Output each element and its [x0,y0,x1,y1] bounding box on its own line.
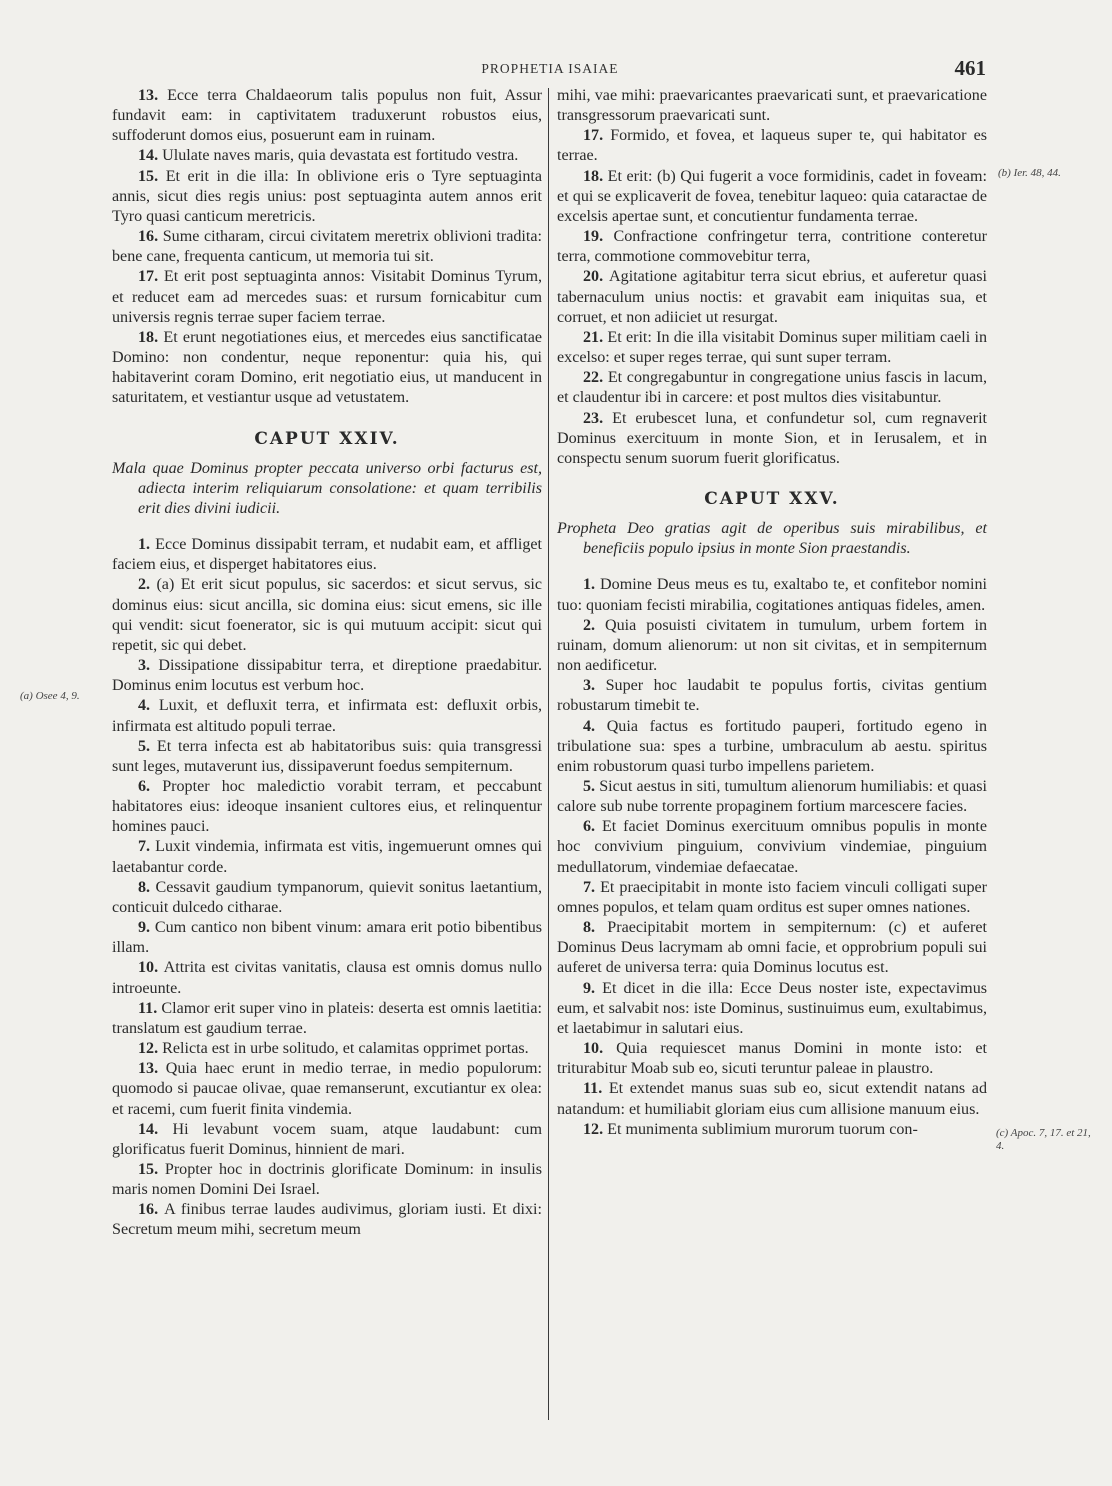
verse-text: Et erit in die illa: In oblivione eris o… [112,168,542,225]
verse-number: 17. [138,268,164,285]
verse: 18. Et erit: (b) Qui fugerit a voce form… [557,167,987,227]
verse-number: 11. [138,1000,161,1017]
verse: 13. Ecce terra Chaldaeorum talis populus… [112,86,542,146]
verse-number: 23. [583,410,612,427]
verse-number: 9. [138,919,155,936]
verse-number: 13. [138,1060,166,1077]
verse-number: 2. [583,617,605,634]
verse-text: Et dicet in die illa: Ecce Deus noster i… [557,980,987,1037]
verse: 23. Et erubescet luna, et confundetur so… [557,409,987,469]
verse: 5. Et terra infecta est ab habitatoribus… [112,737,542,777]
verse-text: Attrita est civitas vanitatis, clausa es… [112,959,542,996]
verse: 6. Propter hoc maledictio vorabit terram… [112,777,542,837]
verse-number: 13. [138,87,167,104]
verse-number: 17. [583,127,610,144]
verse-number: 19. [583,228,614,245]
verse-text: Cum cantico non bibent vinum: amara erit… [112,919,542,956]
verse-number: 10. [583,1040,616,1057]
verse: 3. Dissipatione dissipabitur terra, et d… [112,656,542,696]
running-head: PROPHETIA ISAIAE 461 [112,56,988,80]
verse-text: Dissipatione dissipabitur terra, et dire… [112,657,542,694]
verse: 10. Attrita est civitas vanitatis, claus… [112,958,542,998]
verse: 21. Et erit: In die illa visitabit Domin… [557,328,987,368]
verse-text: Clamor erit super vino in plateis: deser… [112,1000,542,1037]
right-verses-before: 17. Formido, et fovea, et laqueus super … [557,126,987,469]
verse-text: (a) Et erit sicut populus, sic sacerdos:… [112,576,542,653]
verse-text: Super hoc laudabit te populus fortis, ci… [557,677,987,714]
verse: 7. Luxit vindemia, infirmata est vitis, … [112,837,542,877]
verse-text: Luxit, et defluxit terra, et infirmata e… [112,697,542,734]
verse-number: 8. [583,919,607,936]
verse: 19. Confractione confringetur terra, con… [557,227,987,267]
verse-number: 1. [583,576,600,593]
verse-text: Et extendet manus suas sub eo, sicut ext… [557,1080,987,1117]
right-column: mihi, vae mihi: praevaricantes praevaric… [557,86,987,1140]
verse-number: 20. [583,268,609,285]
verse: 16. Sume citharam, circui civitatem mere… [112,227,542,267]
verse-text: Ecce Dominus dissipabit terram, et nudab… [112,536,542,573]
verse-number: 7. [583,879,600,896]
verse-text: Agitatione agitabitur terra sicut ebrius… [557,268,987,325]
verse-text: Quia requiescet manus Domini in monte is… [557,1040,987,1077]
left-column: 13. Ecce terra Chaldaeorum talis populus… [112,86,542,1241]
verse: 1. Domine Deus meus es tu, exaltabo te, … [557,575,987,615]
verse: 1. Ecce Dominus dissipabit terram, et nu… [112,535,542,575]
verse: 2. Quia posuisti civitatem in tumulum, u… [557,616,987,676]
verse: 12. Et munimenta sublimium murorum tuoru… [557,1120,987,1140]
verse-text: Relicta est in urbe solitudo, et calamit… [162,1040,529,1057]
verse: 16. A finibus terrae laudes audivimus, g… [112,1200,542,1240]
verse: 22. Et congregabuntur in congregatione u… [557,368,987,408]
continuation-text: mihi, vae mihi: praevaricantes praevaric… [557,86,987,126]
chapter-title-xxv: CAPUT XXV. [557,489,987,509]
verse-number: 14. [138,147,162,164]
verse: 15. Et erit in die illa: In oblivione er… [112,167,542,227]
verse: 17. Formido, et fovea, et laqueus super … [557,126,987,166]
verse: 8. Cessavit gaudium tympanorum, quievit … [112,878,542,918]
verse-text: Cessavit gaudium tympanorum, quievit son… [112,879,542,916]
verse: 11. Clamor erit super vino in plateis: d… [112,999,542,1039]
verse-number: 14. [138,1121,173,1138]
verse-text: Praecipitabit mortem in sempiternum: (c)… [557,919,987,976]
chapter-summary-xxiv: Mala quae Dominus propter peccata univer… [112,459,542,519]
verse-text: Et praecipitabit in monte isto faciem vi… [557,879,987,916]
verse: 4. Quia factus es fortitudo pauperi, for… [557,717,987,777]
verse-text: Quia factus es fortitudo pauperi, fortit… [557,718,987,775]
verse-text: Propter hoc in doctrinis glorificate Dom… [112,1161,542,1198]
verse-number: 2. [138,576,156,593]
verse-number: 18. [138,329,163,346]
verse: 17. Et erit post septuaginta annos: Visi… [112,267,542,327]
verse: 10. Quia requiescet manus Domini in mont… [557,1039,987,1079]
verse-text: Confractione confringetur terra, contrit… [557,228,987,265]
verse-text: Formido, et fovea, et laqueus super te, … [557,127,987,164]
verse-text: Et erit post septuaginta annos: Visitabi… [112,268,542,325]
chapter-summary-xxv: Propheta Deo gratias agit de operibus su… [557,519,987,559]
verse-number: 6. [138,778,162,795]
verse: 7. Et praecipitabit in monte isto faciem… [557,878,987,918]
verse-number: 5. [583,778,599,795]
verse-text: Et erit: In die illa visitabit Dominus s… [557,329,987,366]
verse-text: Et congregabuntur in congregatione unius… [557,369,987,406]
verse-number: 10. [138,959,164,976]
verse-number: 5. [138,738,157,755]
verse-text: Quia haec erunt in medio terrae, in medi… [112,1060,542,1117]
verse: 2. (a) Et erit sicut populus, sic sacerd… [112,575,542,656]
verse: 4. Luxit, et defluxit terra, et infirmat… [112,696,542,736]
verse: 14. Hi levabunt vocem suam, atque laudab… [112,1120,542,1160]
verse-number: 11. [583,1080,609,1097]
verse: 3. Super hoc laudabit te populus fortis,… [557,676,987,716]
verse-text: Quia posuisti civitatem in tumulum, urbe… [557,617,987,674]
verse-text: Et erit: (b) Qui fugerit a voce formidin… [557,168,987,225]
verse: 9. Et dicet in die illa: Ecce Deus noste… [557,979,987,1039]
verse: 8. Praecipitabit mortem in sempiternum: … [557,918,987,978]
verse: 5. Sicut aestus in siti, tumultum alieno… [557,777,987,817]
verse-text: Ecce terra Chaldaeorum talis populus non… [112,87,542,144]
verse-number: 7. [138,838,155,855]
left-verses-before: 13. Ecce terra Chaldaeorum talis populus… [112,86,542,409]
verse-number: 22. [583,369,608,386]
chapter-title-xxiv: CAPUT XXIV. [112,429,542,449]
page-number: 461 [955,56,987,81]
left-chapter-verses: 1. Ecce Dominus dissipabit terram, et nu… [112,535,542,1240]
verse-text: Sicut aestus in siti, tumultum alienorum… [557,778,987,815]
verse-number: 4. [583,718,607,735]
verse-number: 16. [138,1201,164,1218]
verse-text: Et terra infecta est ab habitatoribus su… [112,738,542,775]
verse-number: 9. [583,980,602,997]
verse-number: 1. [138,536,155,553]
verse-text: Et munimenta sublimium murorum tuorum co… [607,1121,918,1138]
verse-text: Sume citharam, circui civitatem meretrix… [112,228,542,265]
verse: 15. Propter hoc in doctrinis glorificate… [112,1160,542,1200]
verse-text: Et erubescet luna, et confundetur sol, c… [557,410,987,467]
verse: 9. Cum cantico non bibent vinum: amara e… [112,918,542,958]
right-chapter-verses: 1. Domine Deus meus es tu, exaltabo te, … [557,575,987,1139]
verse-number: 12. [138,1040,162,1057]
verse-number: 8. [138,879,156,896]
margin-note-c: (c) Apoc. 7, 17. et 21, 4. [996,1127,1096,1153]
verse-number: 18. [583,168,608,185]
verse: 18. Et erunt negotiationes eius, et merc… [112,328,542,409]
verse-number: 3. [583,677,606,694]
verse: 14. Ululate naves maris, quia devastata … [112,146,542,166]
verse-text: Propter hoc maledictio vorabit terram, e… [112,778,542,835]
column-divider [548,88,549,1420]
verse-number: 12. [583,1121,607,1138]
verse: 13. Quia haec erunt in medio terrae, in … [112,1059,542,1119]
verse-text: A finibus terrae laudes audivimus, glori… [112,1201,542,1238]
verse: 20. Agitatione agitabitur terra sicut eb… [557,267,987,327]
verse-text: Luxit vindemia, infirmata est vitis, ing… [112,838,542,875]
document-page: PROPHETIA ISAIAE 461 13. Ecce terra Chal… [0,0,1112,1486]
verse: 12. Relicta est in urbe solitudo, et cal… [112,1039,542,1059]
verse-text: Et faciet Dominus exercituum omnibus pop… [557,818,987,875]
verse-text: Ululate naves maris, quia devastata est … [162,147,518,164]
verse-text: Domine Deus meus es tu, exaltabo te, et … [557,576,987,613]
verse: 11. Et extendet manus suas sub eo, sicut… [557,1079,987,1119]
verse-number: 3. [138,657,158,674]
verse-number: 4. [138,697,159,714]
verse-number: 15. [138,168,166,185]
verse-text: Hi levabunt vocem suam, atque laudabunt:… [112,1121,542,1158]
margin-note-b: (b) Ier. 48, 44. [998,167,1061,180]
verse-number: 15. [138,1161,165,1178]
verse-number: 6. [583,818,602,835]
running-title: PROPHETIA ISAIAE [112,61,988,77]
verse-number: 21. [583,329,607,346]
verse: 6. Et faciet Dominus exercituum omnibus … [557,817,987,877]
margin-note-a: (a) Osee 4, 9. [20,690,80,703]
verse-text: Et erunt negotiationes eius, et mercedes… [112,329,542,406]
verse-number: 16. [138,228,163,245]
